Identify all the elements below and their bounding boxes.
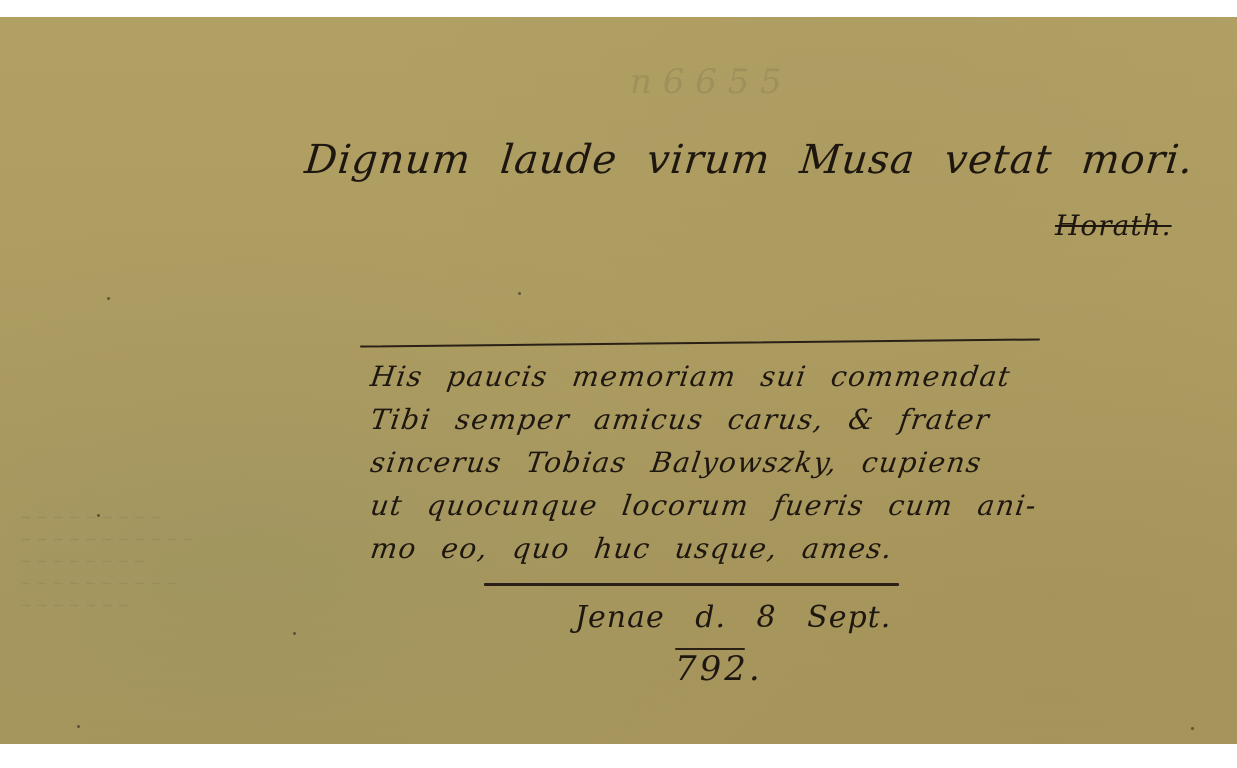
- paper-speck: [1191, 727, 1194, 730]
- quotation-attribution: Horath.: [1055, 209, 1172, 242]
- dedication-line: ut quocunque locorum fueris cum ani-: [367, 489, 1039, 532]
- dedication-line: His paucis memoriam sui commendat: [367, 360, 1039, 403]
- paper-speck: [77, 725, 80, 728]
- bleed-line: ~ ~ ~ ~ ~ ~ ~ ~ ~: [20, 507, 380, 529]
- bleed-line: ~ ~ ~ ~ ~ ~ ~ ~ ~ ~ ~: [20, 529, 380, 551]
- faint-page-number: n 6 6 5 5: [630, 62, 782, 102]
- dedication-line: sincerus Tobias Balyowszky, cupiens: [367, 446, 1039, 489]
- motto-quotation: Dignum laude virum Musa vetat mori.: [303, 137, 1196, 183]
- dedication-block: His paucis memoriam sui commendat Tibi s…: [370, 360, 1036, 575]
- divider-rule-bottom: [484, 583, 899, 586]
- bleed-through-text: ~ ~ ~ ~ ~ ~ ~ ~ ~ ~ ~ ~ ~ ~ ~ ~ ~ ~ ~ ~ …: [20, 507, 380, 617]
- bleed-line: ~ ~ ~ ~ ~ ~ ~ ~: [20, 551, 380, 573]
- bleed-line: ~ ~ ~ ~ ~ ~ ~: [20, 595, 380, 617]
- paper-speck: [293, 632, 296, 635]
- dedication-line: mo eo, quo huc usque, ames.: [367, 532, 1039, 575]
- year: 792.: [675, 649, 763, 689]
- paper-speck: [107, 297, 110, 300]
- divider-rule-top: [360, 338, 1040, 347]
- manuscript-page: n 6 6 5 5 Dignum laude virum Musa vetat …: [0, 17, 1237, 744]
- dedication-line: Tibi semper amicus carus, & frater: [367, 403, 1039, 446]
- paper-speck: [518, 292, 521, 295]
- paper-speck: [97, 514, 100, 517]
- place-and-date: Jenae d. 8 Sept.: [575, 600, 891, 635]
- bleed-line: ~ ~ ~ ~ ~ ~ ~ ~ ~ ~: [20, 573, 380, 595]
